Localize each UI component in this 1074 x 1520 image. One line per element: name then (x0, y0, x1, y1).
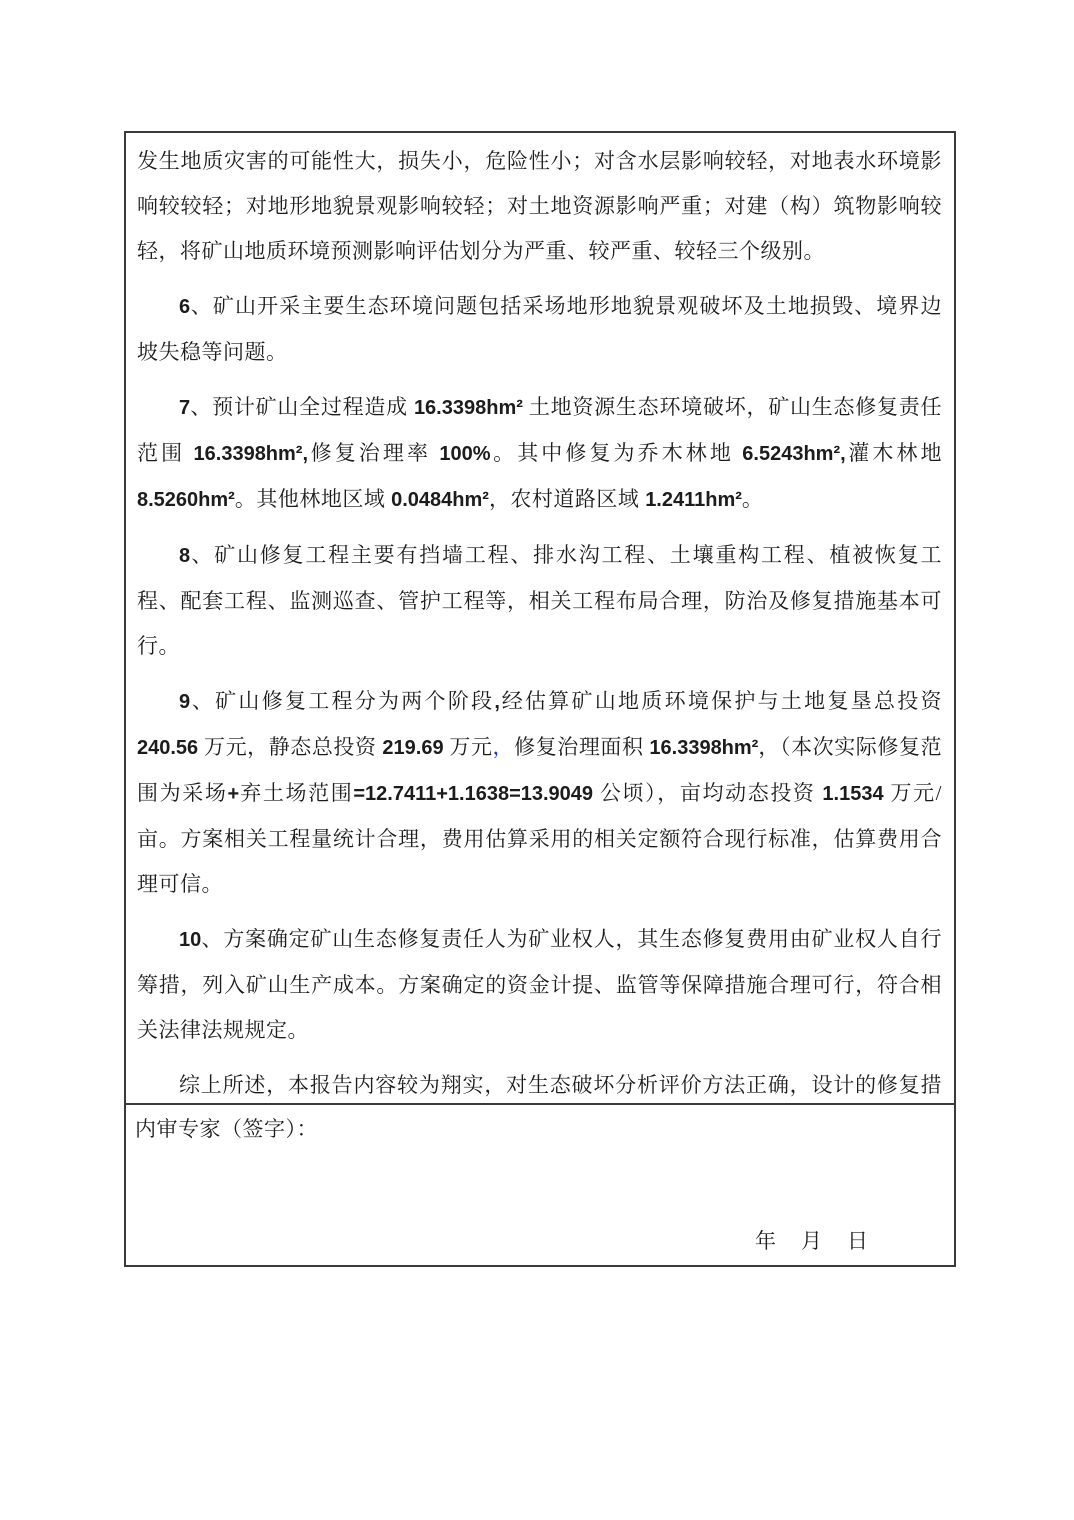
text-run: 0.0484hm² (391, 489, 489, 511)
text-run: 灌木林地 (846, 441, 942, 465)
text-run: 修复治理率 (308, 441, 439, 465)
text-run: 8.5260hm² (137, 489, 235, 511)
text-run: 公顷），亩均动态投资 (593, 781, 822, 805)
text-run: 、方案确定矿山生态修复责任人为矿业权人，其生态修复费用由矿业权人自行筹措，列入矿… (137, 927, 942, 1042)
review-opinion-cell: 发生地质灾害的可能性大，损失小，危险性小；对含水层影响较轻，对地表水环境影响较较… (126, 133, 954, 1105)
document-page: 发生地质灾害的可能性大，损失小，危险性小；对含水层影响较轻，对地表水环境影响较较… (0, 0, 1074, 1520)
paragraph: 9、矿山修复工程分为两个阶段,经估算矿山地质环境保护与土地复垦总投资 240.5… (137, 679, 942, 907)
text-run: 7 (179, 397, 190, 419)
text-run: 、预计矿山全过程造成 (190, 395, 414, 419)
text-run: 修复治理面积 (514, 735, 649, 759)
text-run: 219.69 (382, 737, 443, 759)
text-run: 发生地质灾害的可能性大，损失小，危险性小；对含水层影响较轻，对地表水环境影响较较… (137, 149, 942, 263)
signature-label: 内审专家（签字）： (135, 1113, 942, 1145)
text-run: 9 (179, 691, 190, 713)
paragraph: 综上所述，本报告内容较为翔实，对生态破坏分析评价方法正确，设计的修复措施合理可行… (137, 1063, 942, 1105)
text-run: 、矿山开采主要生态环境问题包括采场地形地貌景观破坏及土地损毁、境界边坡失稳等问题… (137, 294, 942, 364)
text-run: 6 (179, 296, 190, 318)
text-run: 240.56 (137, 737, 198, 759)
signature-cell: 内审专家（签字）： 年 月 日 (126, 1105, 954, 1265)
text-run: 。 (742, 487, 764, 511)
text-run: ，农村道路区域 (489, 487, 645, 511)
text-run: 10 (179, 929, 201, 951)
text-run: 万元 (444, 735, 493, 759)
date-line: 年 月 日 (755, 1225, 870, 1255)
text-run: 16.3398hm² (649, 737, 758, 759)
text-run: =12.7411+1.1638=13.9049 (353, 783, 593, 805)
text-run: 1.2411hm² (645, 489, 742, 511)
text-run: ， (493, 735, 515, 759)
paragraph: 发生地质灾害的可能性大，损失小，危险性小；对含水层影响较轻，对地表水环境影响较较… (137, 139, 942, 274)
text-run: 经估算矿山地质环境保护与土地复垦总投资 (500, 689, 942, 713)
text-run: 。其中修复为乔木林地 (491, 441, 743, 465)
paragraph: 7、预计矿山全过程造成 16.3398hm² 土地资源生态环境破坏，矿山生态修复… (137, 385, 942, 523)
review-table: 发生地质灾害的可能性大，损失小，危险性小；对含水层影响较轻，对地表水环境影响较较… (124, 131, 956, 1267)
text-run: 6.5243hm², (742, 443, 845, 465)
text-run: 100% (439, 443, 490, 465)
paragraph: 8、矿山修复工程主要有挡墙工程、排水沟工程、土壤重构工程、植被恢复工程、配套工程… (137, 533, 942, 669)
text-run: 。其他林地区域 (235, 487, 391, 511)
text-run: 弃土场范围 (239, 781, 353, 805)
text-run: 1.1534 (822, 783, 883, 805)
text-run: 、矿山修复工程主要有挡墙工程、排水沟工程、土壤重构工程、植被恢复工程、配套工程、… (137, 543, 942, 658)
text-run: 、矿山修复工程分为两个阶段 (190, 689, 494, 713)
text-run: 综上所述，本报告内容较为翔实，对生态破坏分析评价方法正确，设计的修复措施合理可行… (137, 1073, 942, 1105)
text-run: 16.3398hm², (194, 443, 309, 465)
text-run: + (227, 783, 239, 805)
text-run: 16.3398hm² (414, 397, 523, 419)
text-run: 8 (179, 545, 190, 567)
paragraph: 10、方案确定矿山生态修复责任人为矿业权人，其生态修复费用由矿业权人自行筹措，列… (137, 917, 942, 1053)
text-run: 万元，静态总投资 (198, 735, 382, 759)
paragraph: 6、矿山开采主要生态环境问题包括采场地形地貌景观破坏及土地损毁、境界边坡失稳等问… (137, 284, 942, 375)
